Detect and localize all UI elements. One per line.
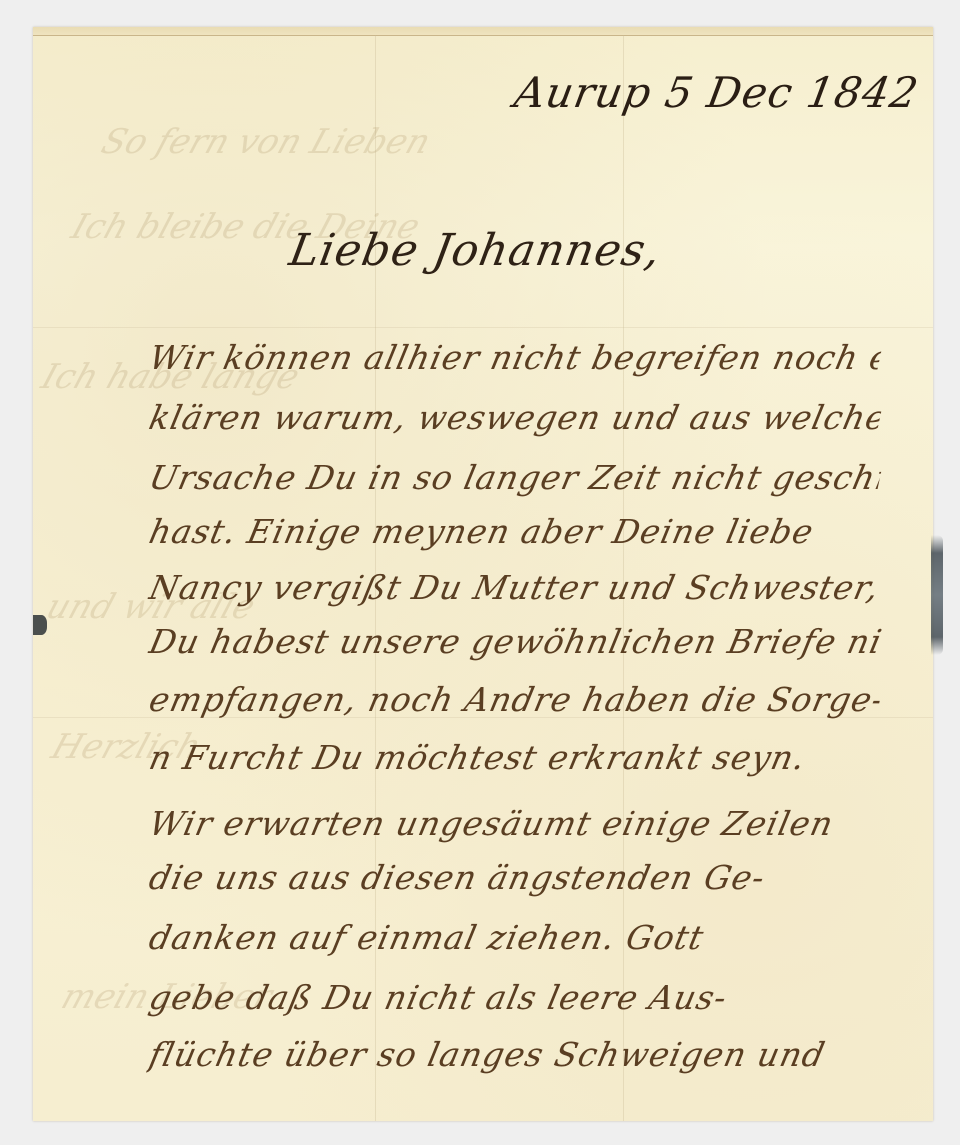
letter-body-line: n Furcht Du möchtest erkrankt seyn. [146,738,884,777]
letter-body-line: empfangen, noch Andre haben die Sorge- [146,680,884,719]
bleed-through-text: So fern von Lieben [97,122,436,162]
scanned-letter-page: So fern von Lieben Ich bleibe die Deine … [0,0,960,1145]
letter-salutation: Liebe Johannes, [286,225,666,276]
paper-fold-horizontal [33,327,933,328]
letter-body-line: Ursache Du in so langer Zeit nicht gesch… [146,458,884,497]
wax-seal-fragment-icon [33,615,47,635]
letter-body-line: hast. Einige meynen aber Deine liebe [146,512,884,551]
letter-dateline: Aurup 5 Dec 1842 [511,68,923,117]
letter-body-line: gebe daß Du nicht als leere Aus- [146,978,884,1017]
letter-body-line: Nancy vergißt Du Mutter und Schwester, A… [146,568,884,607]
letter-body-line: die uns aus diesen ängstenden Ge- [146,858,884,897]
wax-seal-fragment-icon [931,535,943,655]
letter-body-line: Du habest unsere gewöhnlichen Briefe nic… [146,622,884,661]
letter-body-line: flüchte über so langes Schweigen und [146,1035,884,1074]
letter-body-line: klären warum, weswegen und aus welcher [146,398,884,437]
letter-body-line: Wir können allhier nicht begreifen noch … [146,338,884,377]
letter-body-line: danken auf einmal ziehen. Gott [146,918,884,957]
letter-body-line: Wir erwarten ungesäumt einige Zeilen [146,804,884,843]
